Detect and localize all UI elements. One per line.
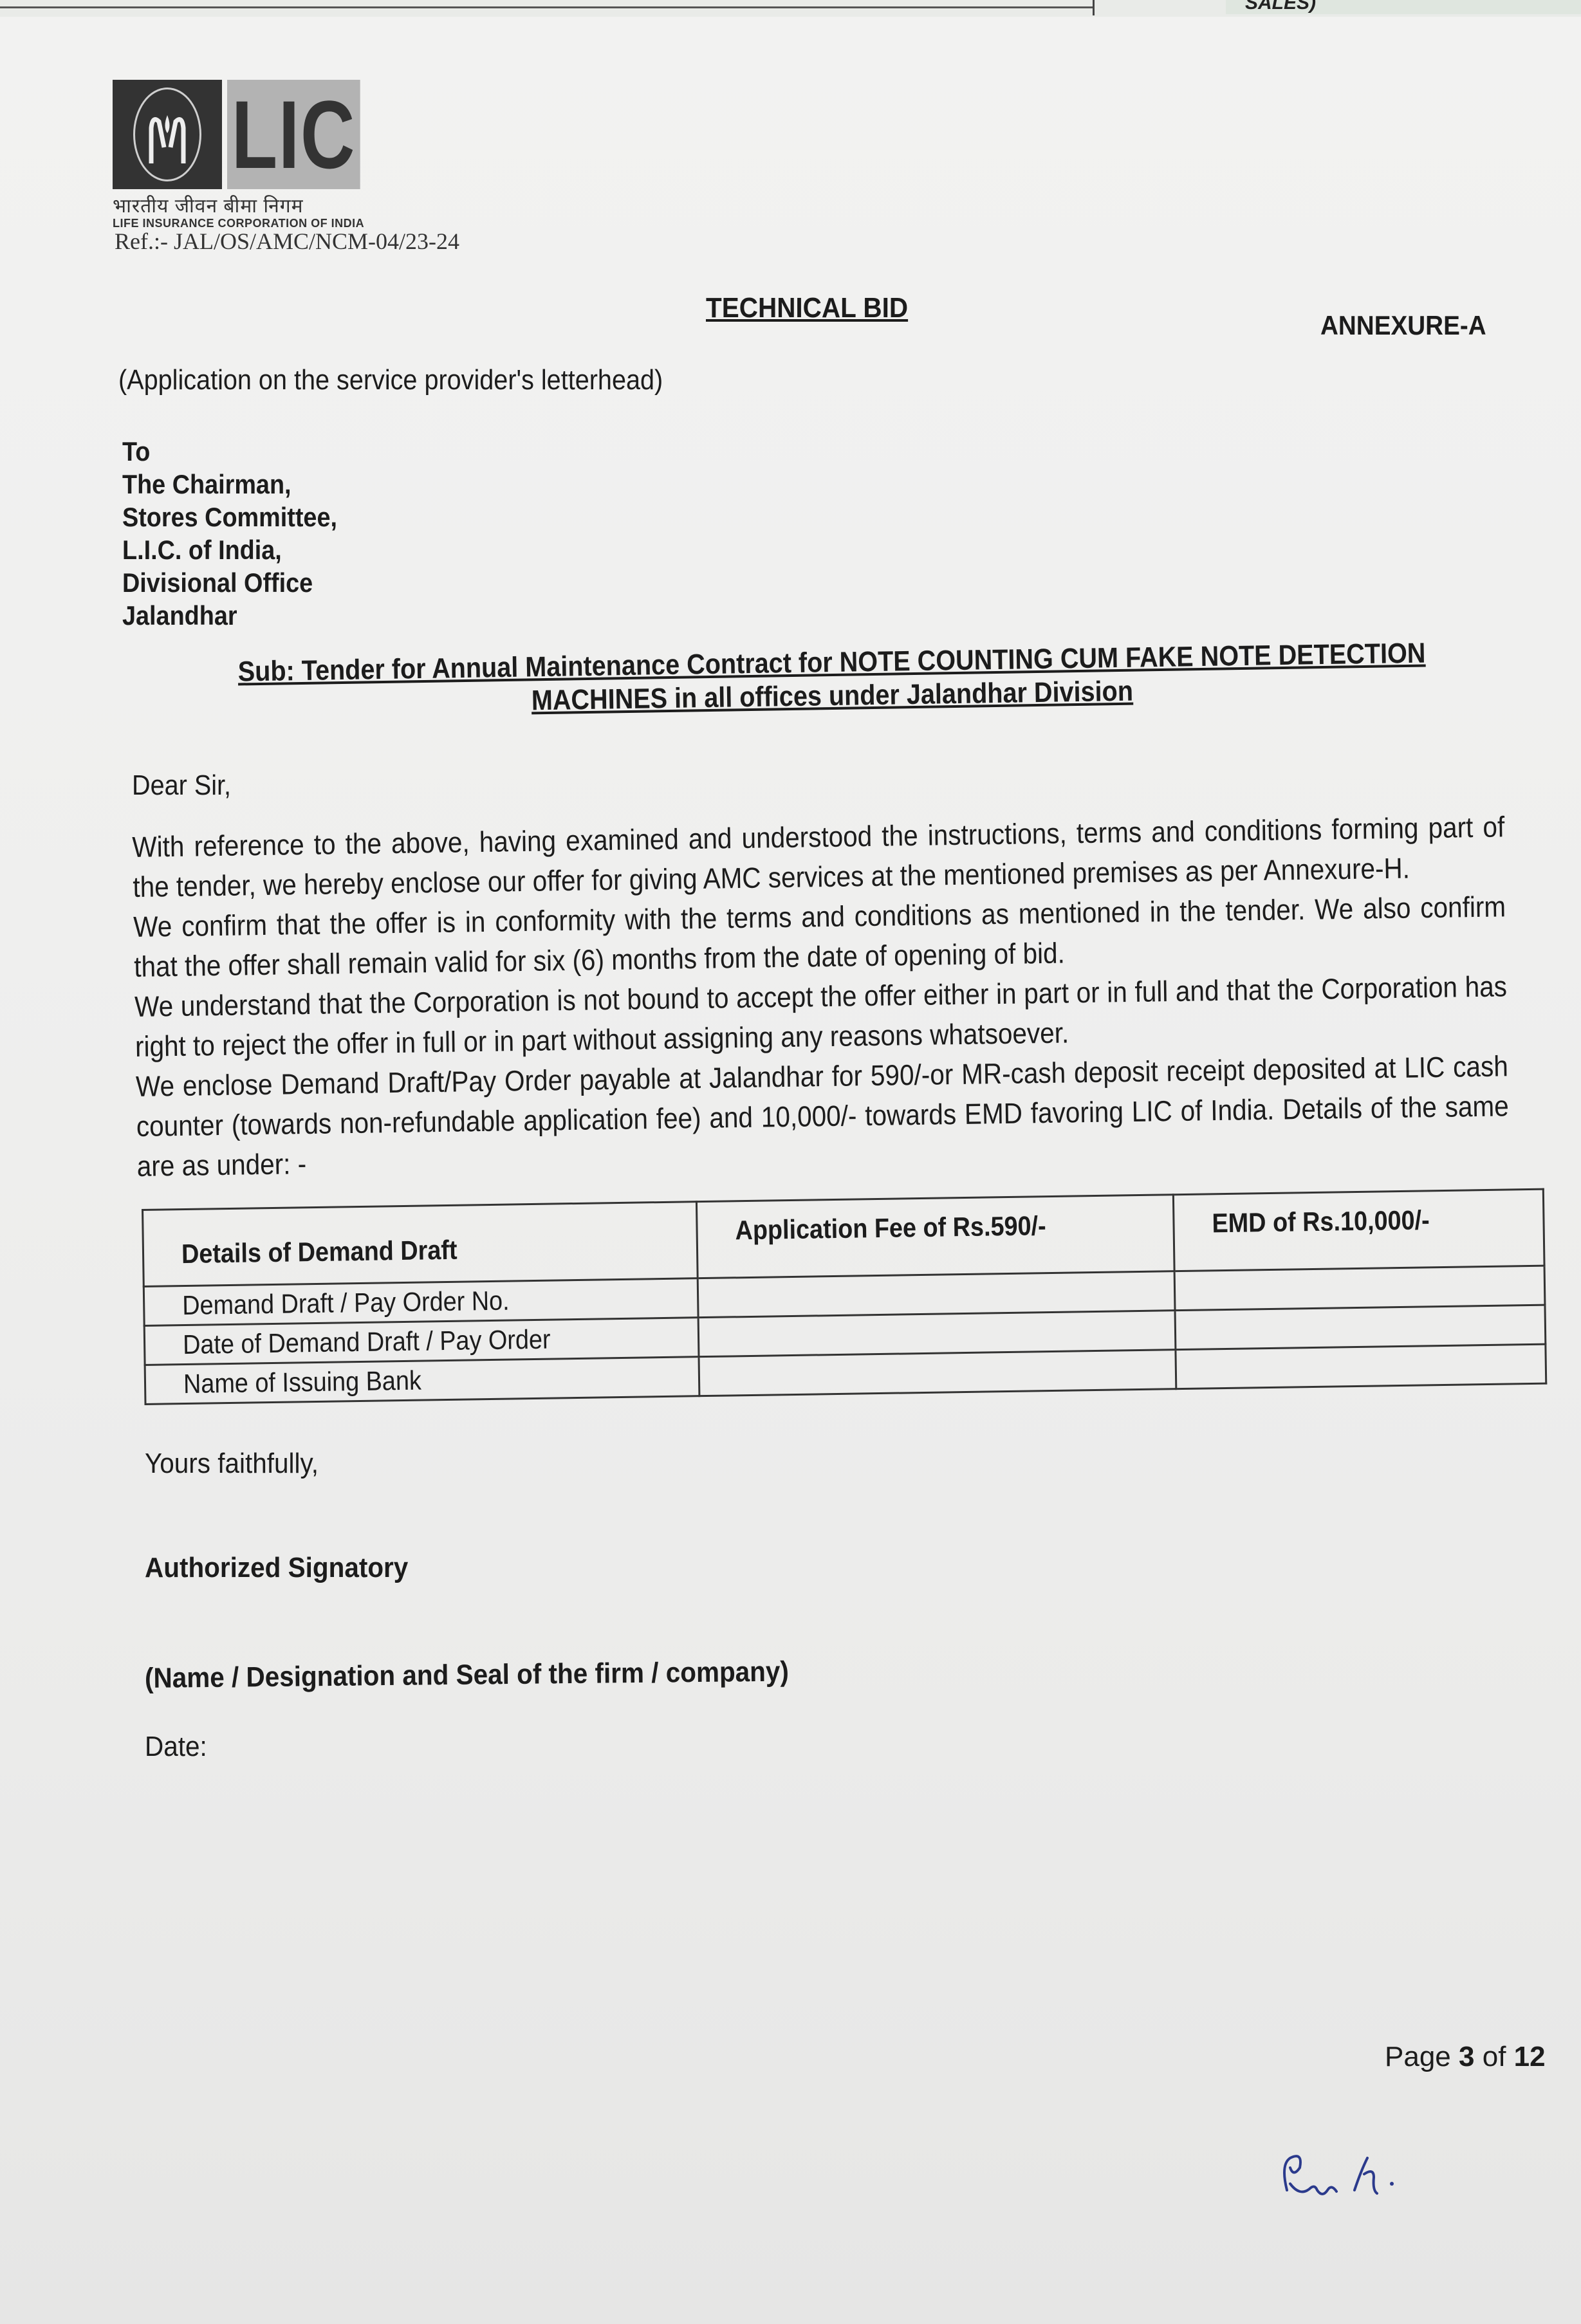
addressee-line: Jalandhar <box>122 599 337 632</box>
column-header: Details of Demand Draft <box>143 1202 698 1287</box>
authorized-signatory: Authorized Signatory <box>145 1552 408 1584</box>
emd-cell[interactable] <box>1174 1266 1545 1311</box>
salutation: Dear Sir, <box>132 770 231 802</box>
emd-cell[interactable] <box>1176 1344 1546 1389</box>
application-note: (Application on the service provider's l… <box>118 364 663 396</box>
demand-draft-table: Details of Demand Draft Application Fee … <box>142 1188 1547 1405</box>
name-designation-seal: (Name / Designation and Seal of the firm… <box>145 1656 789 1695</box>
application-fee-cell[interactable] <box>698 1271 1175 1318</box>
lic-logo: LIC भारतीय जीवन बीमा निगम LIFE INSURANCE… <box>113 80 398 230</box>
addressee-line: Stores Committee, <box>122 501 337 533</box>
lic-emblem-icon <box>113 80 222 189</box>
body-paragraph: We enclose Demand Draft/Pay Order payabl… <box>136 1046 1510 1186</box>
subject-heading: Sub: Tender for Annual Maintenance Contr… <box>232 636 1432 722</box>
annexure-label: ANNEXURE-A <box>1320 310 1486 341</box>
org-name-hindi: भारतीय जीवन बीमा निगम <box>113 192 398 218</box>
background-rule <box>0 6 1094 8</box>
reference-number: Ref.:- JAL/OS/AMC/NCM-04/23-24 <box>115 228 459 255</box>
page-number: Page 3 of 12 <box>1385 2041 1546 2073</box>
handwritten-initials-icon <box>1277 2139 1412 2213</box>
document-page: LIC भारतीय जीवन बीमा निगम LIFE INSURANCE… <box>0 15 1581 2324</box>
background-stamp-fragment: SALES) <box>1226 0 1581 14</box>
application-fee-cell[interactable] <box>698 1311 1176 1357</box>
row-label: Name of Issuing Bank <box>145 1357 699 1405</box>
addressee-line: To <box>122 435 337 468</box>
background-document-strip: SALES) <box>0 0 1581 17</box>
column-header: EMD of Rs.10,000/- <box>1173 1189 1544 1271</box>
hands-lamp-icon <box>133 88 201 181</box>
application-fee-cell[interactable] <box>699 1350 1176 1396</box>
addressee-block: To The Chairman, Stores Committee, L.I.C… <box>122 435 337 632</box>
letter-body: With reference to the above, having exam… <box>132 807 1510 1186</box>
date-label: Date: <box>145 1731 207 1763</box>
sign-off: Yours faithfully, <box>145 1448 319 1480</box>
addressee-line: Divisional Office <box>122 566 337 599</box>
addressee-line: L.I.C. of India, <box>122 533 337 566</box>
column-header: Application Fee of Rs.590/- <box>696 1195 1174 1278</box>
lic-wordmark: LIC <box>227 80 360 189</box>
document-title: TECHNICAL BID <box>706 292 908 324</box>
emd-cell[interactable] <box>1175 1305 1546 1350</box>
background-rule-tick <box>1093 0 1095 15</box>
addressee-line: The Chairman, <box>122 468 337 501</box>
